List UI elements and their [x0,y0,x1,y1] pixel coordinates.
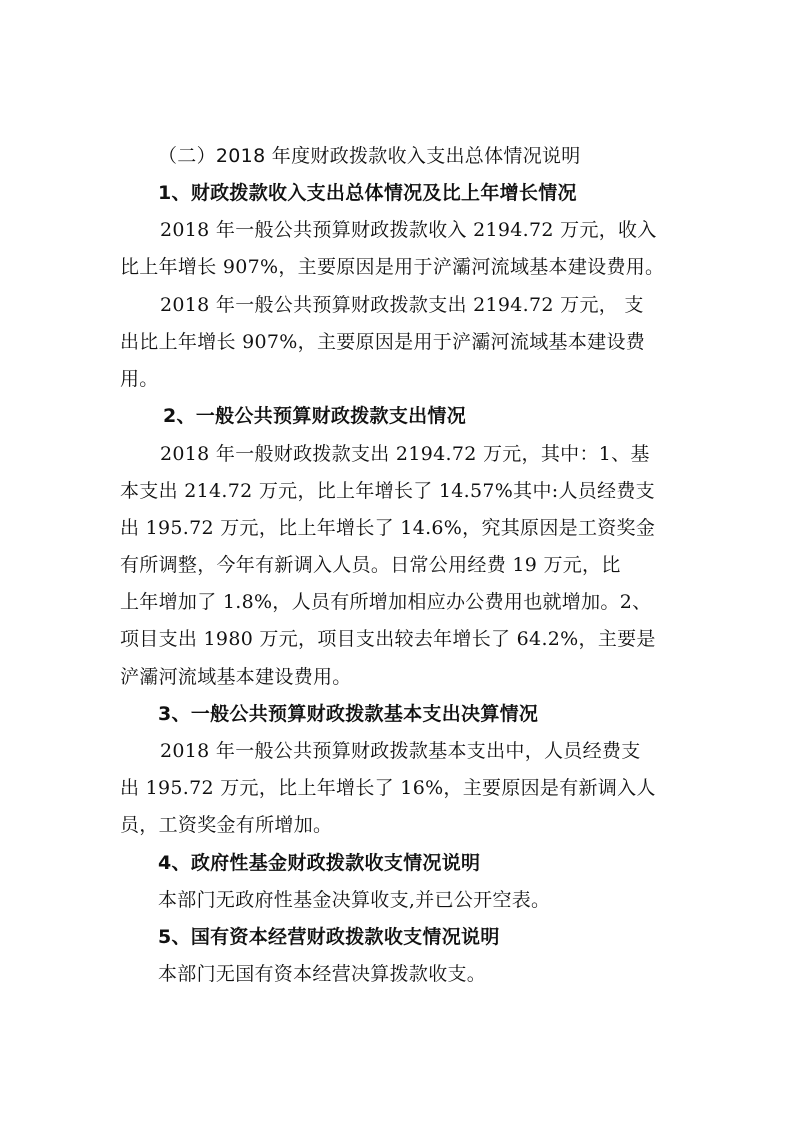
paragraph-line: 出比上年增长 907%，主要原因是用于浐灞河流域基本建设费 [120,330,645,354]
paragraph-line: 出 195.72 万元，比上年增长了 16%，主要原因是有新调入人 [120,776,656,800]
heading-5: 5、国有资本经营财政拨款收支情况说明 [158,925,500,949]
document-page: （二）2018 年度财政拨款收入支出总体情况说明 1、财政拨款收入支出总体情况及… [0,0,793,1122]
paragraph-line: 浐灞河流域基本建设费用。 [120,665,352,689]
paragraph-line: 有所调整，今年有新调入人员。日常公用经费 19 万元，比 [120,553,621,577]
paragraph-line: 员，工资奖金有所增加。 [120,813,332,837]
section-title: （二）2018 年度财政拨款收入支出总体情况说明 [158,144,581,168]
heading-1: 1、财政拨款收入支出总体情况及比上年增长情况 [158,181,577,205]
paragraph-line: 本支出 214.72 万元，比上年增长了 14.57%其中:人员经费支 [120,479,655,503]
paragraph-line: 出 195.72 万元，比上年增长了 14.6%，究其原因是工资奖金 [120,516,655,540]
paragraph-line: 2018 年一般财政拨款支出 2194.72 万元，其中：1、基 [160,442,650,466]
paragraph-line: 2018 年一般公共预算财政拨款支出 2194.72 万元， 支 [160,293,644,317]
heading-3: 3、一般公共预算财政拨款基本支出决算情况 [158,702,538,726]
paragraph-line: 2018 年一般公共预算财政拨款收入 2194.72 万元，收入 [160,218,657,242]
heading-2: 2、一般公共预算财政拨款支出情况 [163,404,466,428]
heading-4: 4、政府性基金财政拨款收支情况说明 [158,851,480,875]
paragraph-line: 本部门无国有资本经营决算拨款收支。 [158,962,486,986]
paragraph-line: 项目支出 1980 万元，项目支出较去年增长了 64.2%，主要是 [120,627,656,651]
paragraph-line: 上年增加了 1.8%，人员有所增加相应办公费用也就增加。2、 [120,590,651,614]
paragraph-line: 用。 [120,367,159,391]
paragraph-line: 比上年增长 907%，主要原因是用于浐灞河流域基本建设费用。 [120,255,664,279]
paragraph-line: 本部门无政府性基金决算收支,并已公开空表。 [158,888,550,912]
paragraph-line: 2018 年一般公共预算财政拨款基本支出中，人员经费支 [160,739,641,763]
